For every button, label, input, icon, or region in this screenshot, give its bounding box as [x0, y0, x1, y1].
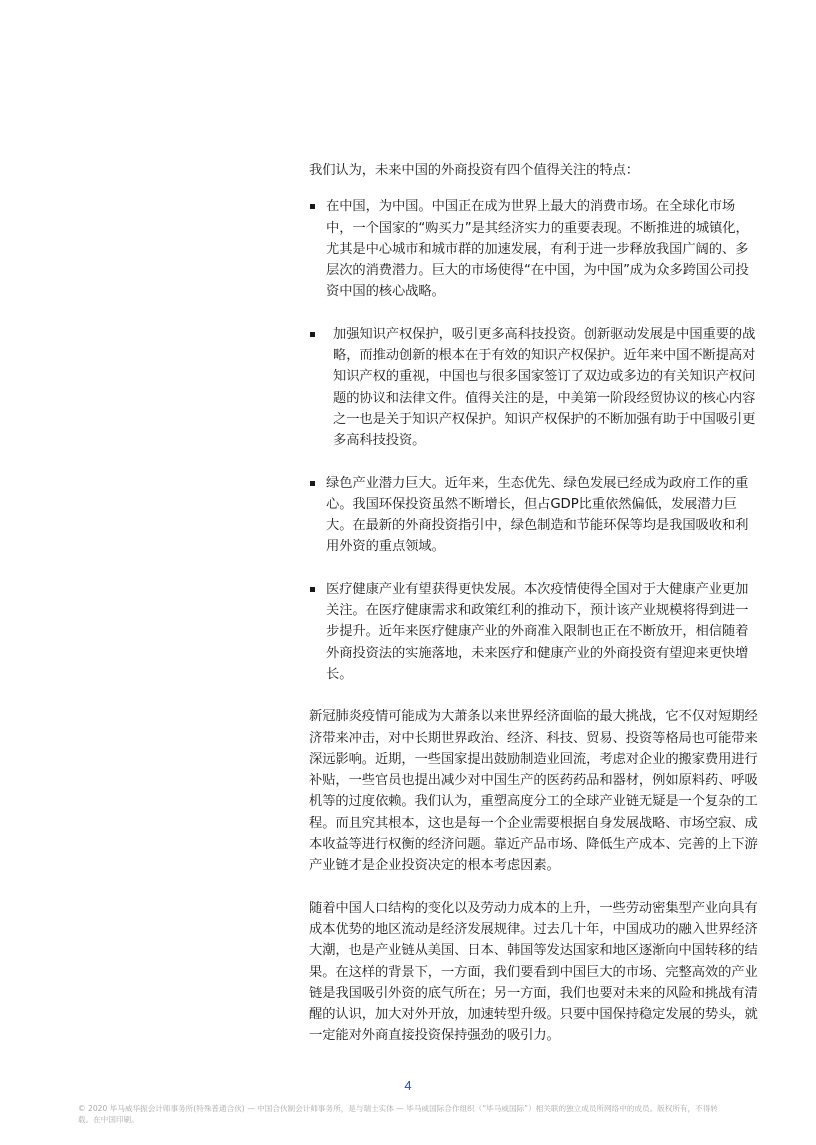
square-bullet-icon — [310, 332, 315, 337]
body-paragraph-covid-impact: 新冠肺炎疫情可能成为大萧条以来世界经济面临的最大挑战，它不仅对短期经济带来冲击，… — [309, 706, 759, 876]
bullet-text: 绿色产业潜力巨大。近年来，生态优先、绿色发展已经成为政府工作的重心。我国环保投资… — [326, 476, 748, 555]
document-body: 我们认为，未来中国的外商投资有四个值得关注的特点： 在中国，为中国。中国正在成为… — [309, 160, 759, 1068]
square-bullet-icon — [310, 587, 315, 592]
bullet-text: 在中国，为中国。中国正在成为世界上最大的消费市场。在全球化市场中，一个国家的“购… — [326, 199, 749, 299]
bullet-item-consumer-market: 在中国，为中国。中国正在成为世界上最大的消费市场。在全球化市场中，一个国家的“购… — [309, 196, 759, 302]
bullet-text: 医疗健康产业有望获得更快发展。本次疫情使得全国对于大健康产业更加关注。在医疗健康… — [326, 582, 748, 682]
feature-bullet-list: 在中国，为中国。中国正在成为世界上最大的消费市场。在全球化市场中，一个国家的“购… — [309, 196, 759, 685]
bullet-text: 加强知识产权保护，吸引更多高科技投资。创新驱动发展是中国重要的战略，而推动创新的… — [333, 327, 755, 448]
bullet-item-healthcare: 医疗健康产业有望获得更快发展。本次疫情使得全国对于大健康产业更加关注。在医疗健康… — [309, 579, 759, 685]
body-paragraph-industry-shift: 随着中国人口结构的变化以及劳动力成本的上升，一些劳动密集型产业向具有成本优势的地… — [309, 898, 759, 1047]
bullet-item-green-industry: 绿色产业潜力巨大。近年来，生态优先、绿色发展已经成为政府工作的重心。我国环保投资… — [309, 473, 759, 558]
intro-paragraph: 我们认为，未来中国的外商投资有四个值得关注的特点： — [309, 160, 759, 181]
square-bullet-icon — [310, 204, 315, 209]
copyright-footer: © 2020 毕马威华振会计师事务所(特殊普通合伙) — 中国合伙制会计师事务所… — [78, 1103, 718, 1125]
square-bullet-icon — [310, 481, 315, 486]
page-number: 4 — [0, 1078, 816, 1093]
bullet-item-ip-protection: 加强知识产权保护，吸引更多高科技投资。创新驱动发展是中国重要的战略，而推动创新的… — [309, 324, 759, 452]
